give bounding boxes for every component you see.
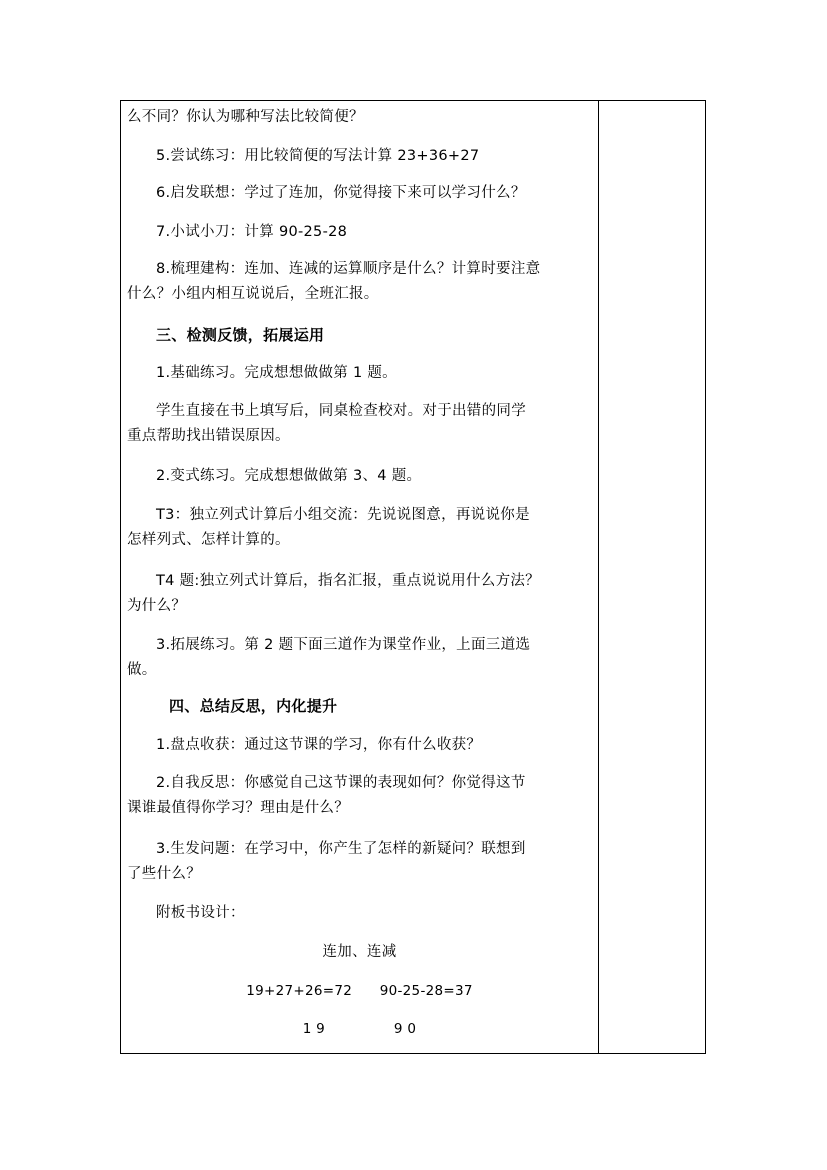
section-3-item-1-detail-line1: 学生直接在书上填写后，同桌检查校对。对于出错的同学 <box>127 399 593 424</box>
section-3-heading: 三、检测反馈，拓展运用 <box>127 323 593 348</box>
paragraph-continuation: 么不同？你认为哪种写法比较简便？ <box>127 105 593 130</box>
section-4-item-3-line1: 3.生发问题：在学习中，你产生了怎样的新疑问？联想到 <box>127 837 593 862</box>
section-4-item-2-line1: 2.自我反思：你感觉自己这节课的表现如何？你觉得这节 <box>127 771 593 796</box>
section-4-item-2-line2: 课谁最值得你学习？理由是什么？ <box>127 796 593 821</box>
blackboard-vertical-start: 1 9 9 0 <box>121 1017 598 1042</box>
step-6-inspire-association: 6.启发联想：学过了连加，你觉得接下来可以学习什么？ <box>127 181 593 206</box>
blackboard-equations: 19+27+26=72 90-25-28=37 <box>121 979 598 1004</box>
t4-line1: T4 题:独立列式计算后，指名汇报，重点说说用什么方法？ <box>127 569 593 594</box>
step-8-sort-construct-line1: 8.梳理建构：连加、连减的运算顺序是什么？计算时要注意 <box>127 257 593 282</box>
blackboard-design-label: 附板书设计： <box>127 901 593 926</box>
section-3-item-3-line1: 3.拓展练习。第 2 题下面三道作为课堂作业，上面三道选 <box>127 633 593 658</box>
step-8-sort-construct-line2: 什么？小组内相互说说后，全班汇报。 <box>127 282 593 307</box>
lesson-plan-table: 么不同？你认为哪种写法比较简便？ 5.尝试练习：用比较简便的写法计算 23+36… <box>120 100 706 1054</box>
t3-line2: 怎样列式、怎样计算的。 <box>127 528 593 553</box>
step-5-try-practice: 5.尝试练习：用比较简便的写法计算 23+36+27 <box>127 144 593 169</box>
blackboard-title: 连加、连减 <box>121 940 598 965</box>
section-3-item-2: 2.变式练习。完成想想做做第 3、4 题。 <box>127 464 593 489</box>
section-4-item-3-line2: 了些什么？ <box>127 862 593 887</box>
t4-line2: 为什么？ <box>127 594 593 619</box>
step-7-small-trial: 7.小试小刀：计算 90-25-28 <box>127 220 593 245</box>
section-3-item-3-line2: 做。 <box>127 658 593 683</box>
section-4-item-1: 1.盘点收获：通过这节课的学习，你有什么收获？ <box>127 733 593 758</box>
main-content-cell: 么不同？你认为哪种写法比较简便？ 5.尝试练习：用比较简便的写法计算 23+36… <box>121 101 598 1053</box>
section-3-item-1-detail-line2: 重点帮助找出错误原因。 <box>127 424 593 449</box>
t3-line1: T3：独立列式计算后小组交流：先说说图意，再说说你是 <box>127 503 593 528</box>
section-3-item-1: 1.基础练习。完成想想做做第 1 题。 <box>127 361 593 386</box>
section-4-heading: 四、总结反思，内化提升 <box>169 694 635 719</box>
notes-cell <box>599 101 705 1053</box>
